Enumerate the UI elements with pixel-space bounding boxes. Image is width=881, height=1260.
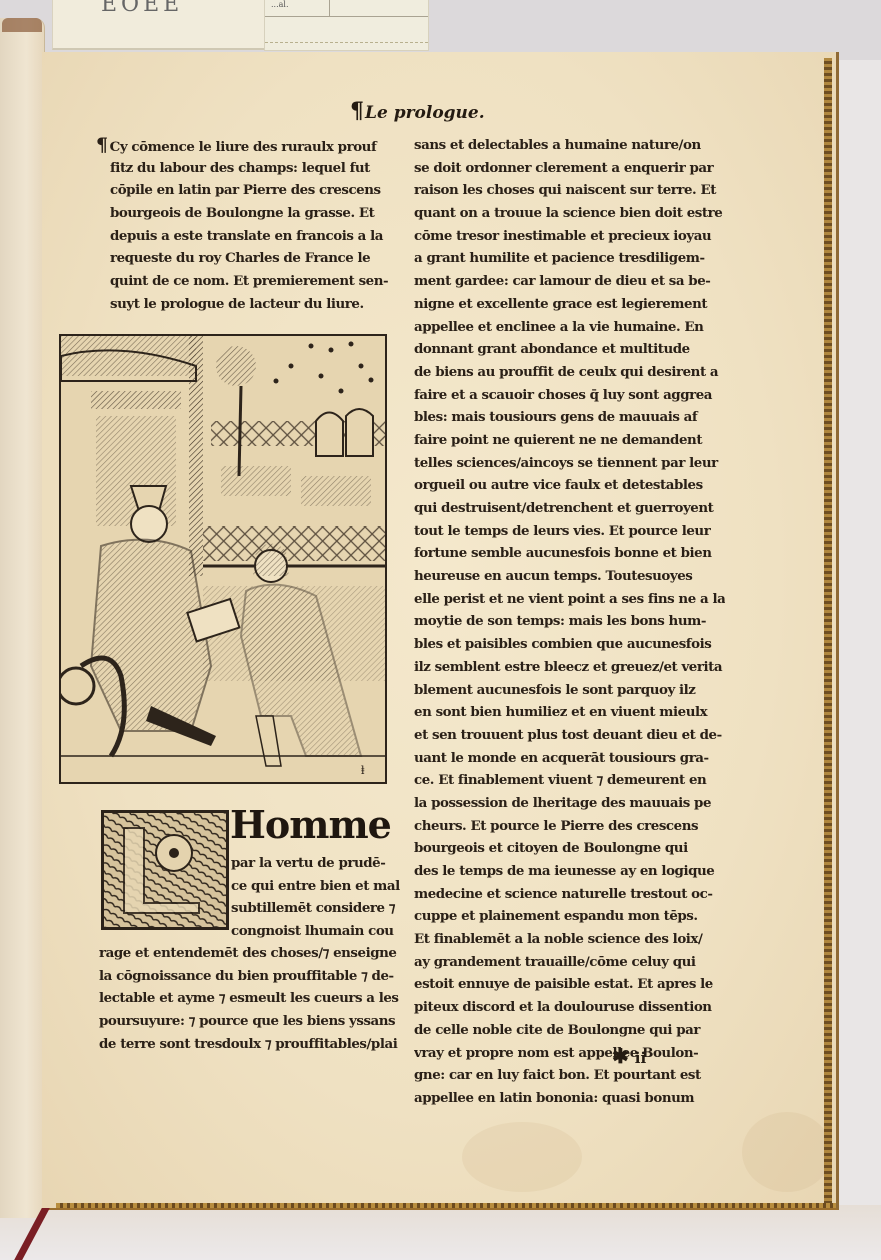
text-line: bles et paisibles combien que aucunesfoi… xyxy=(414,633,725,656)
text-line: telles sciences/aincoys se tiennent par … xyxy=(414,452,725,475)
handwritten-note: ΕΟΕΕ xyxy=(101,0,183,17)
text-line: depuis a este translate en francois a la xyxy=(96,225,388,248)
text-line: nigne et excellente grace est legieremen… xyxy=(414,293,725,316)
text-line: vray et propre nom est appellee Boulon- xyxy=(414,1042,725,1065)
text-line: quint de ce nom. Et premierement sen- xyxy=(96,270,388,293)
text-line: bles: mais tousiours gens de mauuais af xyxy=(414,406,725,429)
text-line: donnant grant abondance et multitude xyxy=(414,338,725,361)
text-line: ce qui entre bien et mal xyxy=(231,875,400,898)
signature-mark: ✱ii xyxy=(612,1044,646,1068)
left-leaf-edge xyxy=(2,18,42,32)
woodcut-illustration: ⱡ xyxy=(59,334,387,784)
intro-paragraph: ¶Cy cōmence le liure des ruraulx prouf f… xyxy=(96,134,388,316)
pilcrow-icon: ¶ xyxy=(350,98,364,124)
text-line: ce. Et finablement viuent ⁊ demeurent en xyxy=(414,769,725,792)
woodcut-monogram: ⱡ xyxy=(361,764,365,777)
text-line: Et finablemēt a la noble science des loi… xyxy=(414,928,725,951)
opening-word: Homme xyxy=(230,802,391,847)
background-bottom xyxy=(0,1205,881,1260)
text-line: estoit ennuye de paisible estat. Et apre… xyxy=(414,973,725,996)
slip-stitch-line xyxy=(265,42,428,43)
decorated-initial xyxy=(101,810,229,930)
slip-divider xyxy=(329,0,330,16)
text-line: se doit ordonner clerement a enquerir pa… xyxy=(414,157,725,180)
text-line: suyt le prologue de lacteur du liure. xyxy=(96,293,388,316)
text-line: de celle noble cite de Boulongne qui par xyxy=(414,1019,725,1042)
text-line: a grant humilite et pacience tresdiligem… xyxy=(414,247,725,270)
text-line: qui destruisent/detrenchent et guerroyen… xyxy=(414,497,725,520)
text-line: et sen trouuent plus tost deuant dieu et… xyxy=(414,724,725,747)
text-line: cuppe et plainement espandu mon tēps. xyxy=(414,905,725,928)
fleuron-icon: ✱ xyxy=(612,1044,629,1068)
text-line: lectable et ayme ⁊ esmeult les cueurs a … xyxy=(99,987,399,1010)
text-line: bourgeois et citoyen de Boulongne qui xyxy=(414,837,725,860)
pilcrow-icon: ¶ xyxy=(96,134,108,156)
running-head: ¶Le prologue. xyxy=(350,98,485,124)
text-line: congnoist lhumain cou xyxy=(231,920,400,943)
text-line: moytie de son temps: mais les bons hum- xyxy=(414,610,725,633)
body-indented-lines: par la vertu de prudē- ce qui entre bien… xyxy=(231,852,400,943)
text-line: ment gardee: car lamour de dieu et sa be… xyxy=(414,270,725,293)
text-line: rage et entendemēt des choses/⁊ enseigne xyxy=(99,942,399,965)
text-line: poursuyure: ⁊ pource que les biens yssan… xyxy=(99,1010,399,1033)
text-line: requeste du roy Charles de France le xyxy=(96,247,388,270)
running-head-text: Le prologue. xyxy=(365,103,485,123)
floral-initial-letter-icon xyxy=(104,813,226,927)
text-line: des le temps de ma ieunesse ay en logiqu… xyxy=(414,860,725,883)
right-column: sans et delectables a humaine nature/on … xyxy=(414,134,725,1110)
slip-rule xyxy=(265,16,428,17)
text-line: par la vertu de prudē- xyxy=(231,852,400,875)
text-line: uant le monde en acquerāt tousiours gra- xyxy=(414,747,725,770)
text-line: piteux discord et la doulouruse dissenti… xyxy=(414,996,725,1019)
catalog-slip-right: ...al. xyxy=(264,0,429,51)
gilt-edge-bottom xyxy=(56,1203,836,1208)
water-stain xyxy=(462,1122,582,1192)
gilt-edge-right xyxy=(824,58,832,1204)
text-line: cheurs. Et pource le Pierre des crescens xyxy=(414,815,725,838)
text-line: heureuse en aucun temps. Toutesuoyes xyxy=(414,565,725,588)
text-line: raison les choses qui naiscent sur terre… xyxy=(414,179,725,202)
text-line: ay grandement trauaille/cōme celuy qui xyxy=(414,951,725,974)
left-page-leaf xyxy=(0,18,45,1218)
text-line: cōme tresor inestimable et precieux ioya… xyxy=(414,225,725,248)
text-line: la cōgnoissance du bien prouffitable ⁊ d… xyxy=(99,965,399,988)
text-line: de terre sont tresdoulx ⁊ prouffitables/… xyxy=(99,1033,399,1056)
text-line: medecine et science naturelle trestout o… xyxy=(414,883,725,906)
catalog-slip-left: ΕΟΕΕ xyxy=(52,0,266,50)
text-line: appellee et enclinee a la vie humaine. E… xyxy=(414,316,725,339)
text-line: quant on a trouue la science bien doit e… xyxy=(414,202,725,225)
text-line: elle perist et ne vient point a ses fins… xyxy=(414,588,725,611)
signature-number: ii xyxy=(635,1049,646,1067)
body-full-lines: rage et entendemēt des choses/⁊ enseigne… xyxy=(99,942,399,1055)
text-line: sans et delectables a humaine nature/on xyxy=(414,134,725,157)
text-line: faire et a scauoir choses q̄ luy sont ag… xyxy=(414,384,725,407)
text-line: appellee en latin bononia: quasi bonum xyxy=(414,1087,725,1110)
text-line: subtillemēt considere ⁊ xyxy=(231,897,400,920)
text-line: cōpile en latin par Pierre des crescens xyxy=(96,179,388,202)
text-line: ilz semblent estre bleecz et greuez/et v… xyxy=(414,656,725,679)
water-stain xyxy=(742,1112,832,1192)
text-line: bourgeois de Boulongne la grasse. Et xyxy=(96,202,388,225)
text-line: de biens au prouffit de ceulx qui desire… xyxy=(414,361,725,384)
text-line: fortune semble aucunesfois bonne et bien xyxy=(414,542,725,565)
text-line: ¶Cy cōmence le liure des ruraulx prouf xyxy=(96,134,388,157)
text-line: fitz du labour des champs: lequel fut xyxy=(96,157,388,180)
slip-caption: ...al. xyxy=(271,0,289,9)
text-line: gne: car en luy faict bon. Et pourtant e… xyxy=(414,1064,725,1087)
text-line: en sont bien humiliez et en viuent mieul… xyxy=(414,701,725,724)
text-line: tout le temps de leurs vies. Et pource l… xyxy=(414,520,725,543)
text-line: orgueil ou autre vice faulx et detestabl… xyxy=(414,474,725,497)
text-line: la possession de lheritage des mauuais p… xyxy=(414,792,725,815)
text-line: blement aucunesfois le sont parquoy ilz xyxy=(414,679,725,702)
king-presentation-woodcut-icon: ⱡ xyxy=(61,336,385,782)
text-line: faire point ne quierent ne ne demandent xyxy=(414,429,725,452)
